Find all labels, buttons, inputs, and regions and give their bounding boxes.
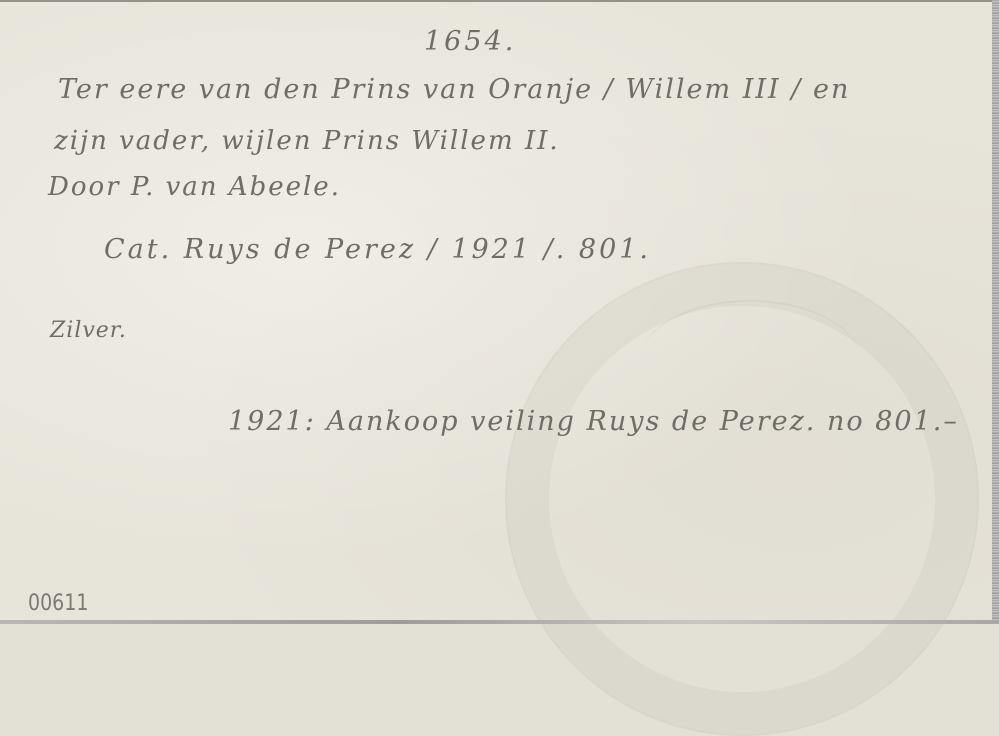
inventory-number: 00611: [28, 590, 88, 615]
catalog-card: 1654. Ter eere van den Prins van Oranje …: [0, 0, 992, 620]
embossed-seal-crown: [640, 300, 860, 422]
catalog-reference: Cat. Ruys de Perez / 1921 /. 801.: [104, 234, 651, 265]
dedication-line-1: Ter eere van den Prins van Oranje / Will…: [58, 74, 850, 105]
dedication-line-2: zijn vader, wijlen Prins Willem II.: [54, 126, 560, 156]
material: Zilver.: [50, 318, 127, 343]
scan-edge-bottom: [0, 620, 999, 624]
acquisition-note: 1921: Aankoop veiling Ruys de Perez. no …: [228, 406, 959, 437]
medal-year: 1654.: [424, 26, 516, 57]
maker-line: Door P. van Abeele.: [48, 172, 341, 202]
scan-edge-right: [992, 0, 999, 624]
